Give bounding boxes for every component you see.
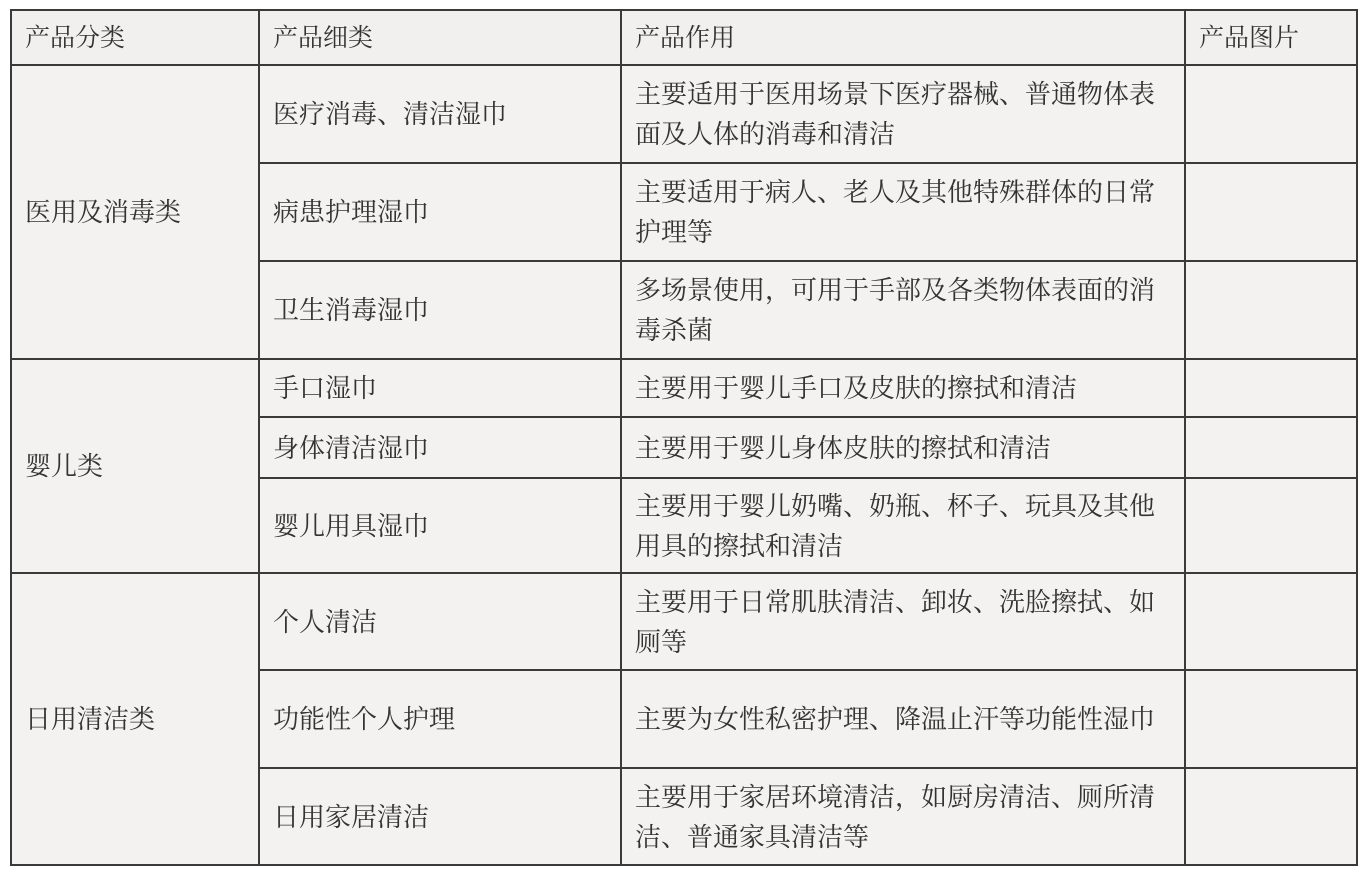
category-cell: 婴儿类	[11, 359, 259, 573]
subcategory-cell: 身体清洁湿巾	[259, 417, 621, 478]
table-row: 医用及消毒类 医疗消毒、清洁湿巾 主要适用于医用场景下医疗器械、普通物体表面及人…	[11, 65, 1357, 163]
image-cell	[1185, 417, 1357, 478]
function-cell: 主要适用于医用场景下医疗器械、普通物体表面及人体的消毒和清洁	[621, 65, 1185, 163]
function-cell: 多场景使用，可用于手部及各类物体表面的消毒杀菌	[621, 261, 1185, 359]
page: 产品分类 产品细类 产品作用 产品图片 医用及消毒类 医疗消毒、清洁湿巾 主要适…	[0, 0, 1366, 880]
subcategory-cell: 手口湿巾	[259, 359, 621, 417]
table-header-row: 产品分类 产品细类 产品作用 产品图片	[11, 10, 1357, 65]
function-cell: 主要用于婴儿手口及皮肤的擦拭和清洁	[621, 359, 1185, 417]
image-cell	[1185, 670, 1357, 768]
subcategory-cell: 功能性个人护理	[259, 670, 621, 768]
subcategory-cell: 病患护理湿巾	[259, 163, 621, 261]
image-cell	[1185, 163, 1357, 261]
image-cell	[1185, 478, 1357, 573]
header-cell-image: 产品图片	[1185, 10, 1357, 65]
function-cell: 主要用于婴儿身体皮肤的擦拭和清洁	[621, 417, 1185, 478]
function-cell: 主要为女性私密护理、降温止汗等功能性湿巾	[621, 670, 1185, 768]
header-cell-subcategory: 产品细类	[259, 10, 621, 65]
image-cell	[1185, 261, 1357, 359]
subcategory-cell: 医疗消毒、清洁湿巾	[259, 65, 621, 163]
function-cell: 主要用于日常肌肤清洁、卸妆、洗脸擦拭、如厕等	[621, 573, 1185, 670]
image-cell	[1185, 65, 1357, 163]
header-cell-category: 产品分类	[11, 10, 259, 65]
category-cell: 医用及消毒类	[11, 65, 259, 359]
image-cell	[1185, 359, 1357, 417]
subcategory-cell: 日用家居清洁	[259, 768, 621, 865]
product-category-table: 产品分类 产品细类 产品作用 产品图片 医用及消毒类 医疗消毒、清洁湿巾 主要适…	[10, 9, 1358, 866]
table-row: 日用清洁类 个人清洁 主要用于日常肌肤清洁、卸妆、洗脸擦拭、如厕等	[11, 573, 1357, 670]
category-cell: 日用清洁类	[11, 573, 259, 865]
subcategory-cell: 婴儿用具湿巾	[259, 478, 621, 573]
header-cell-function: 产品作用	[621, 10, 1185, 65]
function-cell: 主要适用于病人、老人及其他特殊群体的日常护理等	[621, 163, 1185, 261]
table-row: 婴儿类 手口湿巾 主要用于婴儿手口及皮肤的擦拭和清洁	[11, 359, 1357, 417]
image-cell	[1185, 768, 1357, 865]
subcategory-cell: 个人清洁	[259, 573, 621, 670]
image-cell	[1185, 573, 1357, 670]
subcategory-cell: 卫生消毒湿巾	[259, 261, 621, 359]
function-cell: 主要用于婴儿奶嘴、奶瓶、杯子、玩具及其他用具的擦拭和清洁	[621, 478, 1185, 573]
function-cell: 主要用于家居环境清洁，如厨房清洁、厕所清洁、普通家具清洁等	[621, 768, 1185, 865]
